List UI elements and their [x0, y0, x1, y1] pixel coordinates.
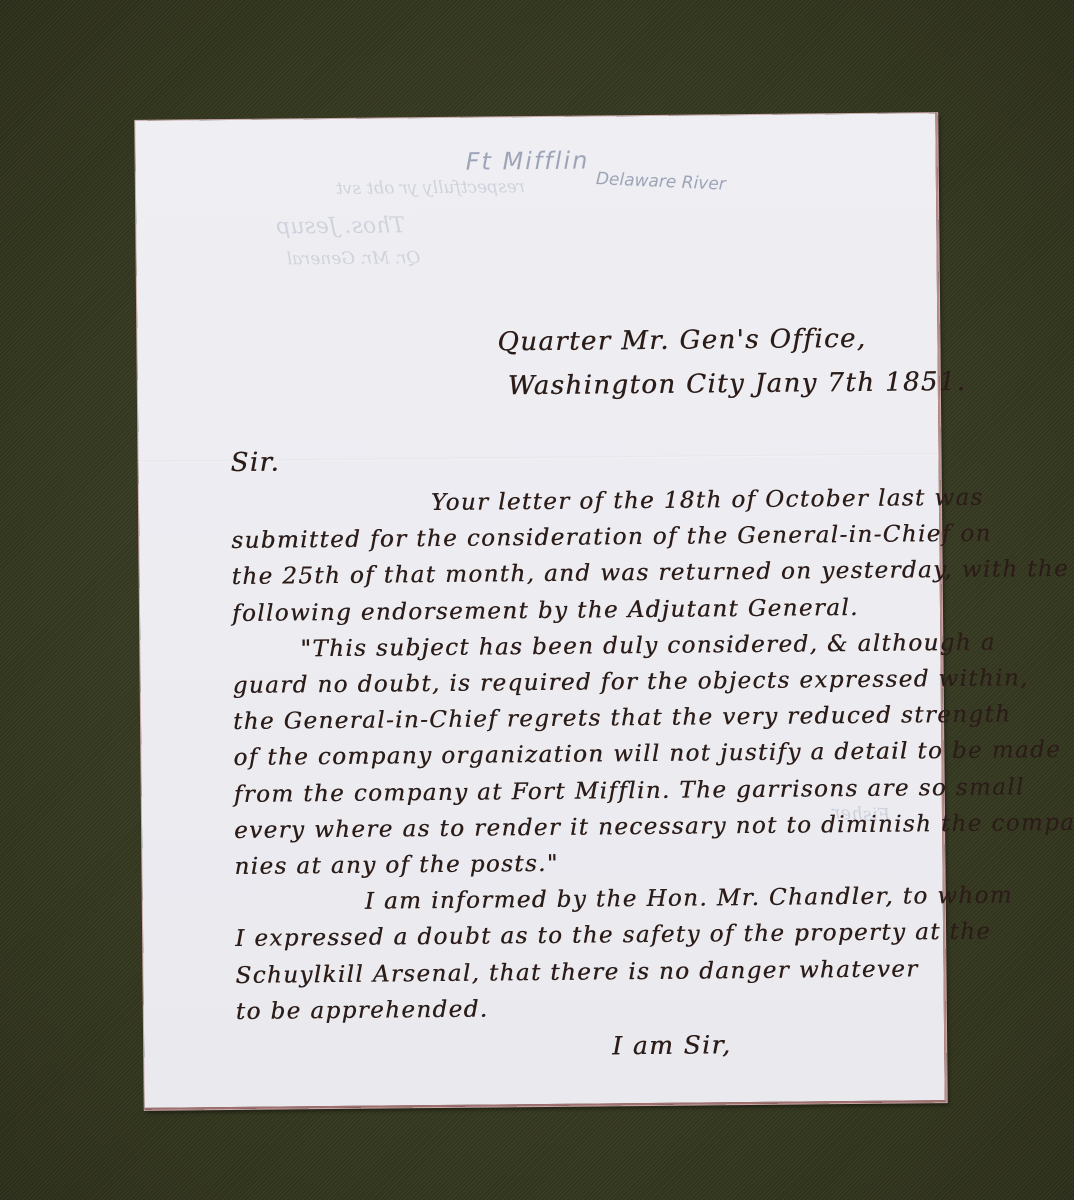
body-line: nies at any of the posts."	[234, 851, 559, 880]
body-line: I am informed by the Hon. Mr. Chandler, …	[365, 882, 1014, 914]
letter-heading-office: Quarter Mr. Gen's Office,	[497, 324, 866, 358]
body-line: every where as to render it necessary no…	[234, 810, 1074, 844]
body-line: submitted for the consideration of the G…	[231, 521, 992, 554]
letter-heading-date: Washington City Jany 7th 1851.	[508, 367, 967, 401]
body-line: guard no doubt, is required for the obje…	[233, 665, 1029, 699]
pencil-note-location: Ft Mifflin	[466, 147, 590, 176]
body-line: the 25th of that month, and was returned…	[232, 556, 1070, 590]
bleed-through-text: Qr. Mr. General	[287, 248, 421, 269]
bleed-through-text: respectfully yr obt svt	[336, 177, 525, 199]
body-line: Your letter of the 18th of October last …	[431, 485, 984, 516]
body-line: I expressed a doubt as to the safety of …	[235, 919, 991, 952]
body-line: "This subject has been duly considered, …	[300, 630, 996, 663]
pencil-note-river: Delaware River	[596, 169, 727, 195]
bleed-through-text: Thos. Jesup	[276, 213, 405, 239]
body-line: to be apprehended.	[236, 997, 489, 1025]
body-line: Schuylkill Arsenal, that there is no dan…	[235, 956, 918, 989]
body-line: following endorsement by the Adjutant Ge…	[232, 595, 859, 627]
body-line: from the company at Fort Mifflin. The ga…	[234, 774, 1025, 808]
body-line: of the company organization will not jus…	[233, 737, 1061, 771]
letter-salutation: Sir.	[230, 447, 280, 477]
letter-closing: I am Sir,	[612, 1030, 732, 1060]
letter-page: Ft Mifflin Delaware River respectfully y…	[135, 113, 946, 1110]
body-line: the General-in-Chief regrets that the ve…	[233, 701, 1012, 734]
